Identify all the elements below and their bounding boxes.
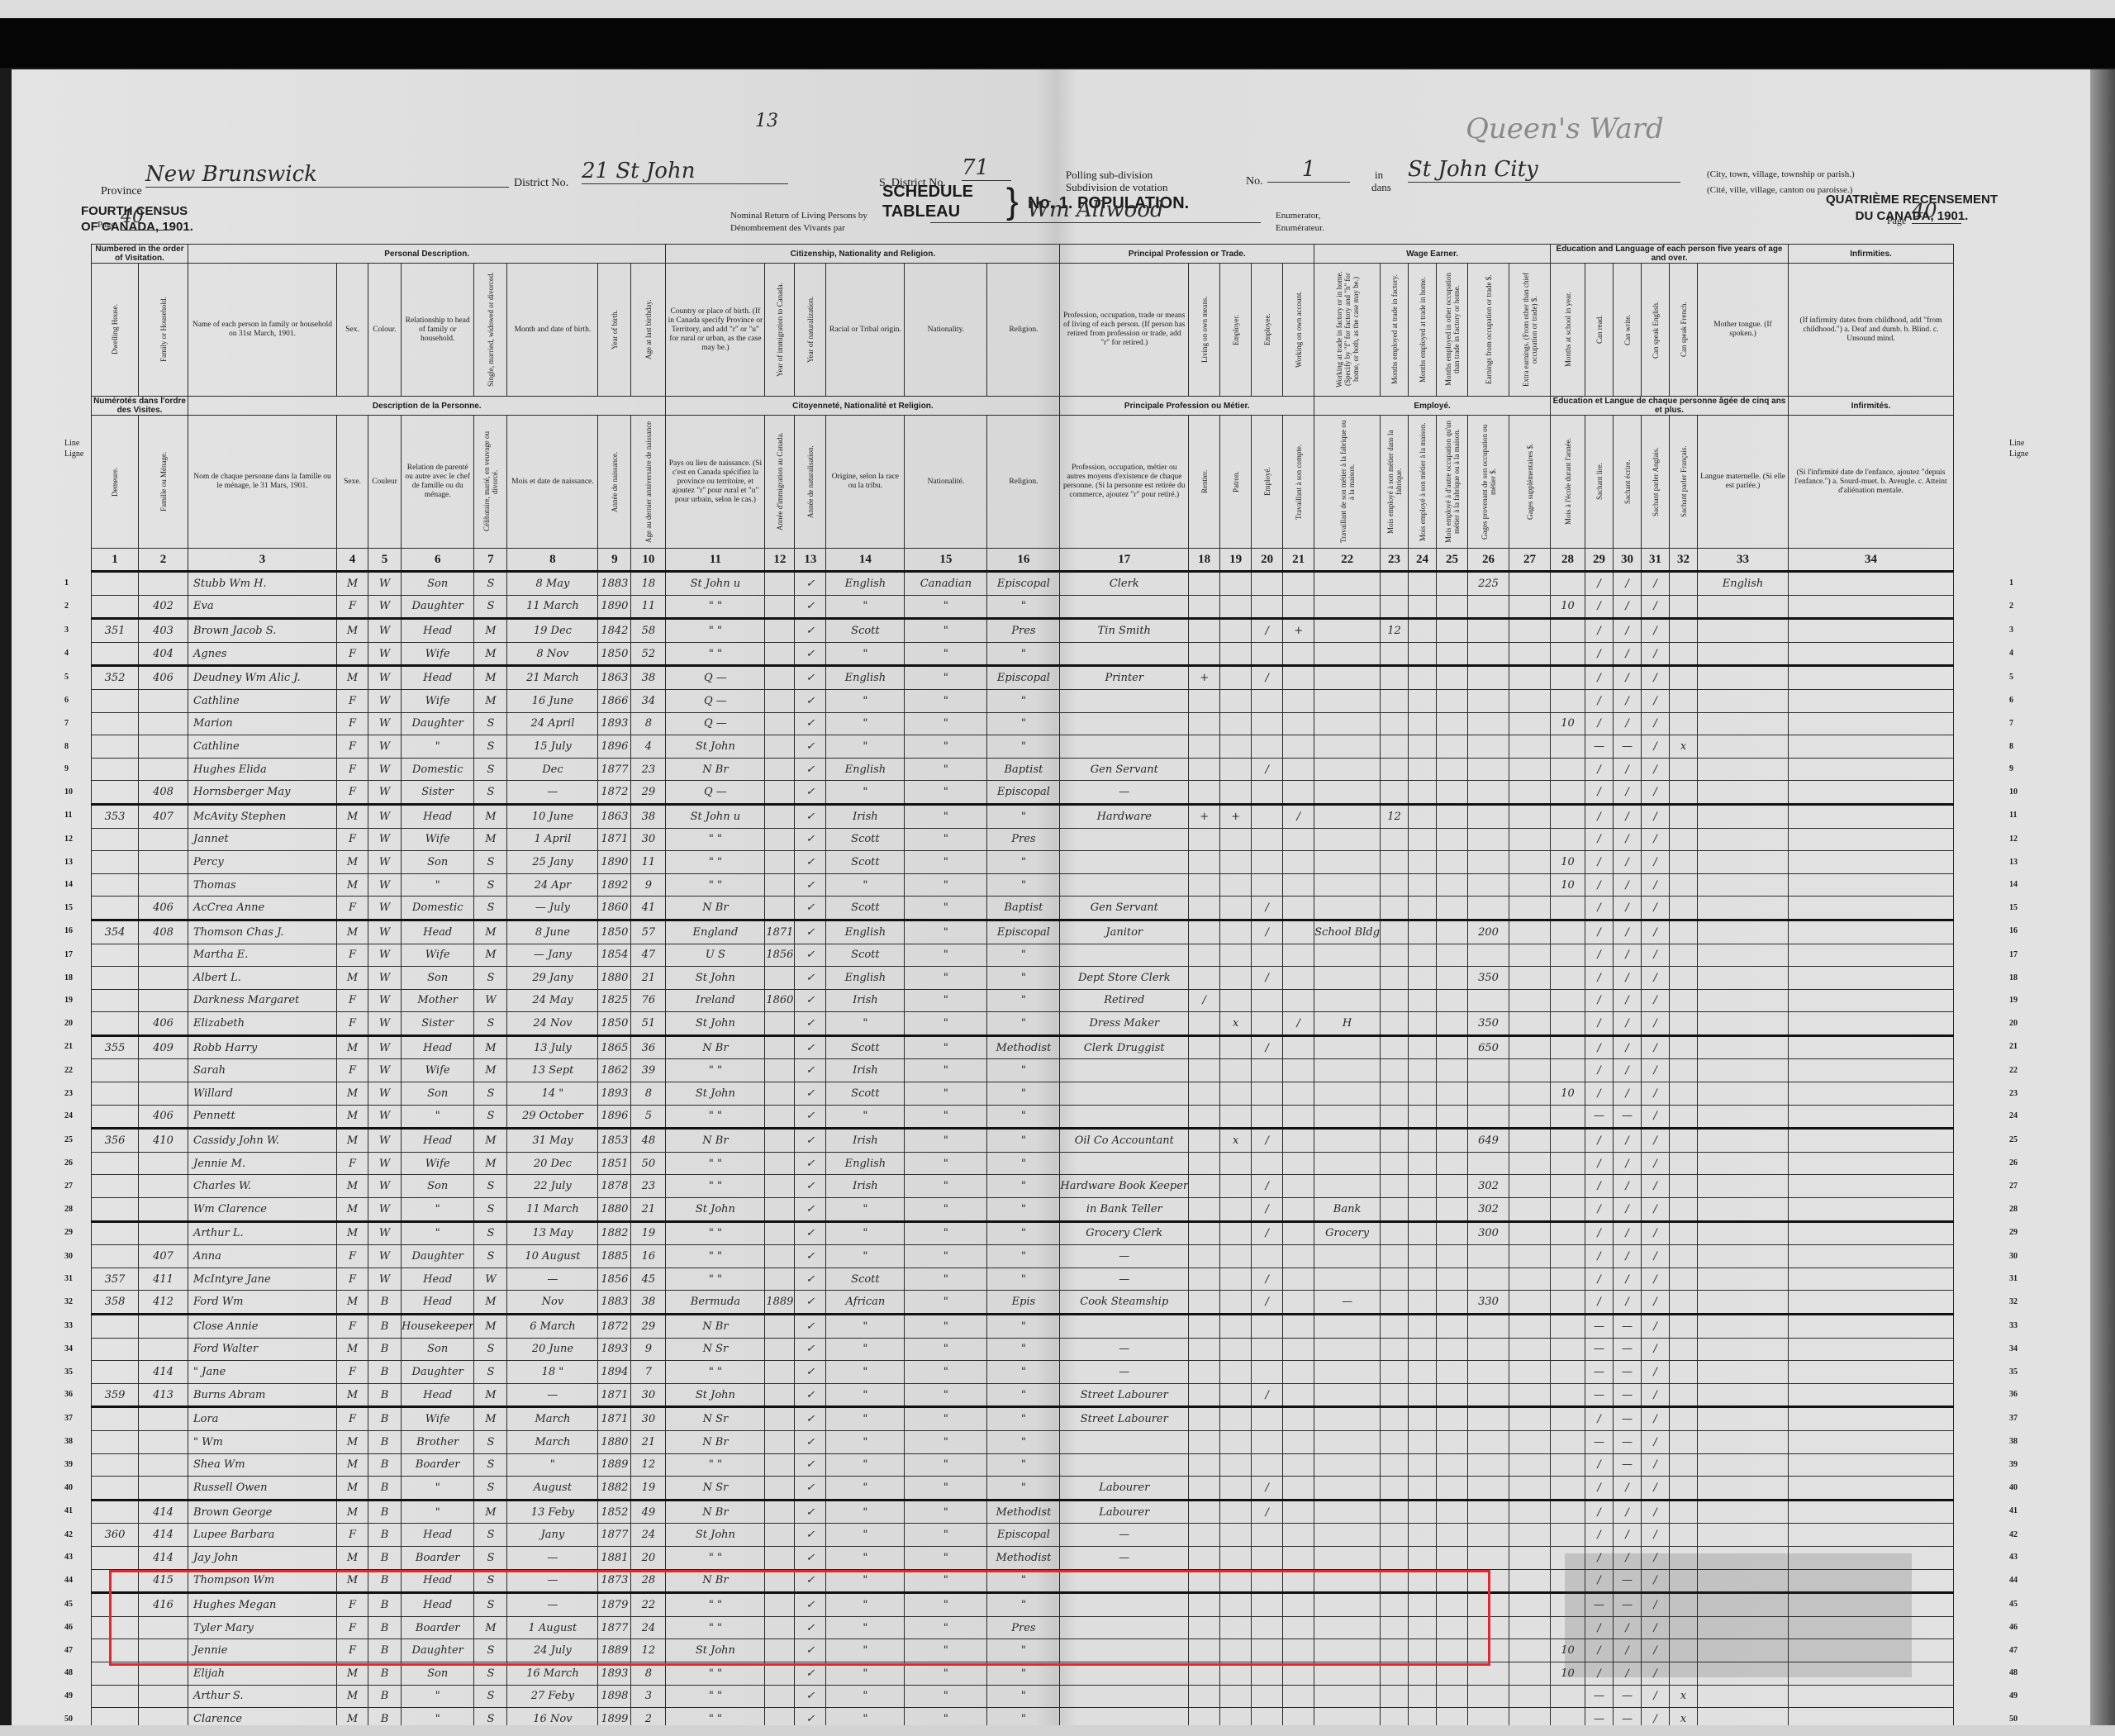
cell-place: " " <box>666 1175 765 1198</box>
cell-nationality: " <box>905 944 987 967</box>
cell-c24 <box>1409 1453 1437 1477</box>
cell-religion: Baptist <box>987 897 1060 920</box>
cell-sex: F <box>337 712 368 735</box>
cell-religion: Baptist <box>987 758 1060 781</box>
column-header-text: Employé. <box>1263 420 1271 544</box>
cell-c26 <box>1468 897 1509 920</box>
cell-c22 <box>1314 712 1381 735</box>
cell-c24 <box>1409 1685 1437 1708</box>
cell-occupation <box>1060 1082 1189 1106</box>
cell-name: Ford Wm <box>188 1291 337 1315</box>
cell-birth: 18 " <box>507 1361 598 1384</box>
cell-year: 1893 <box>598 1082 631 1106</box>
cell-dwelling <box>92 1245 139 1268</box>
column-header-text: Rentier. <box>1200 420 1209 544</box>
column-header-text: Sachant parler Français. <box>1680 420 1688 544</box>
table-row: Close AnnieFBHousekeeperM6 March187229N … <box>92 1315 1954 1339</box>
line-number-left: 22 <box>64 1066 73 1075</box>
cell-rel: " <box>402 1221 474 1245</box>
column-header-4-fr: Sexe. <box>337 416 368 549</box>
cell-tongue <box>1698 989 1789 1012</box>
cell-occupation <box>1060 828 1189 851</box>
cell-c22 <box>1314 1105 1381 1129</box>
column-header-text: Colour. <box>368 264 401 396</box>
cell-occupation <box>1060 1152 1189 1175</box>
line-number-right: 40 <box>2009 1483 2018 1492</box>
column-header-text: Working at trade in factory or in home. … <box>1335 268 1360 392</box>
cell-nationality: " <box>905 920 987 944</box>
cell-family <box>139 1198 188 1222</box>
column-header-text: Racial or Tribal origin. <box>826 264 904 396</box>
cell-c23 <box>1381 1685 1409 1708</box>
cell-school: 10 <box>1551 851 1585 874</box>
column-header-text: Extra earnings. (From other than chief o… <box>1522 268 1538 392</box>
line-number-left: 43 <box>64 1553 73 1562</box>
cell-c20 <box>1252 1245 1283 1268</box>
cell-eng: / <box>1642 1407 1670 1431</box>
table-row: CathlineFWWifeM16 June186634Q —✓"""/// <box>92 689 1954 712</box>
cell-occupation: Retired <box>1060 989 1189 1012</box>
cell-c26 <box>1468 1082 1509 1106</box>
cell-c27 <box>1509 1524 1551 1547</box>
cell-dwelling <box>92 1198 139 1222</box>
cell-fr <box>1670 1291 1698 1315</box>
cell-eng: / <box>1642 873 1670 897</box>
cell-eng: / <box>1642 1129 1670 1153</box>
cell-infirm <box>1789 666 1954 690</box>
cell-status: S <box>474 1105 507 1129</box>
cell-nationality: " <box>905 1129 987 1153</box>
cell-sex: M <box>337 666 368 690</box>
line-number-left: 33 <box>64 1321 73 1330</box>
cell-c19 <box>1220 712 1252 735</box>
cell-c26 <box>1468 1477 1509 1501</box>
cell-c27 <box>1509 897 1551 920</box>
page-number-right: 40 <box>1912 198 1961 224</box>
cell-year: 1885 <box>598 1245 631 1268</box>
cell-fr <box>1670 1430 1698 1453</box>
cell-religion: " <box>987 735 1060 759</box>
cell-c22 <box>1314 804 1381 828</box>
cell-write: / <box>1614 804 1642 828</box>
cell-eng: / <box>1642 1012 1670 1036</box>
cell-imm <box>765 804 795 828</box>
cell-c25 <box>1437 1105 1468 1129</box>
cell-c20: / <box>1252 758 1283 781</box>
in-label: in <box>1375 169 1383 180</box>
cell-birth: 10 June <box>507 804 598 828</box>
cell-c22 <box>1314 1361 1381 1384</box>
cell-nat: ✓ <box>795 758 826 781</box>
column-header-12-fr: Année d'immigration au Canada. <box>765 416 795 549</box>
cell-c18 <box>1189 1105 1220 1129</box>
cell-religion: Episcopal <box>987 781 1060 805</box>
sdistrict-value: 71 <box>962 155 1011 181</box>
column-header-text: Months employed in other occupation than… <box>1444 268 1461 392</box>
cell-c21 <box>1283 1685 1314 1708</box>
cell-c22 <box>1314 666 1381 690</box>
cell-c27 <box>1509 1338 1551 1361</box>
cell-place: N Sr <box>666 1338 765 1361</box>
cell-family: 406 <box>139 897 188 920</box>
cell-dwelling <box>92 595 139 619</box>
cell-c21 <box>1283 944 1314 967</box>
cell-write: — <box>1614 1453 1642 1477</box>
table-row: Wm ClarenceMW"S11 March188021St John✓"""… <box>92 1198 1954 1222</box>
cell-colour: W <box>368 1035 402 1059</box>
cell-write: — <box>1614 735 1642 759</box>
cell-read: / <box>1585 666 1614 690</box>
cell-c21 <box>1283 1245 1314 1268</box>
cell-status: M <box>474 1059 507 1082</box>
cell-name: Robb Harry <box>188 1035 337 1059</box>
line-number-right: 17 <box>2009 950 2018 959</box>
cell-c21 <box>1283 1546 1314 1569</box>
cell-c25 <box>1437 828 1468 851</box>
column-header-3-en: Name of each person in family or househo… <box>188 264 337 397</box>
scan-bottom-margin <box>0 1725 2115 1736</box>
cell-occupation <box>1060 1105 1189 1129</box>
cell-origin: Scott <box>826 851 905 874</box>
scan-shadow <box>1565 1553 1912 1677</box>
cell-c20: / <box>1252 967 1283 990</box>
cell-tongue <box>1698 1383 1789 1407</box>
column-header-3-fr: Nom de chaque personne dans la famille o… <box>188 416 337 549</box>
cell-tongue <box>1698 1315 1789 1339</box>
cell-status: S <box>474 1361 507 1384</box>
cell-c21 <box>1283 1524 1314 1547</box>
cell-eng: / <box>1642 804 1670 828</box>
cell-rel: Son <box>402 851 474 874</box>
cell-c26 <box>1468 873 1509 897</box>
cell-school <box>1551 967 1585 990</box>
cell-nationality: " <box>905 1383 987 1407</box>
cell-c22 <box>1314 1129 1381 1153</box>
cell-birth: 20 June <box>507 1338 598 1361</box>
cell-c19 <box>1220 1685 1252 1708</box>
cell-c27 <box>1509 1430 1551 1453</box>
cell-occupation: — <box>1060 1524 1189 1547</box>
cell-c21 <box>1283 1059 1314 1082</box>
column-header-13-fr: Année de naturalisation. <box>795 416 826 549</box>
cell-dwelling: 356 <box>92 1129 139 1153</box>
cell-occupation <box>1060 735 1189 759</box>
cell-occupation <box>1060 642 1189 666</box>
cell-place: Ireland <box>666 989 765 1012</box>
cell-read: — <box>1585 1338 1614 1361</box>
cell-c19: x <box>1220 1012 1252 1036</box>
column-header-29-en: Can read. <box>1585 264 1614 397</box>
cell-infirm <box>1789 944 1954 967</box>
cell-infirm <box>1789 1315 1954 1339</box>
cell-place: N Br <box>666 758 765 781</box>
cell-c20 <box>1252 873 1283 897</box>
cell-write: / <box>1614 595 1642 619</box>
cell-name: Deudney Wm Alic J. <box>188 666 337 690</box>
cell-age: 49 <box>631 1500 666 1524</box>
cell-c24 <box>1409 873 1437 897</box>
cell-dwelling: 351 <box>92 619 139 643</box>
cell-c27 <box>1509 804 1551 828</box>
cell-nat: ✓ <box>795 1500 826 1524</box>
cell-dwelling <box>92 1453 139 1477</box>
cell-c26 <box>1468 1383 1509 1407</box>
cell-eng: / <box>1642 1105 1670 1129</box>
group-header-fr: Numérotés dans l'ordre des Visites. <box>92 397 188 416</box>
cell-age: 76 <box>631 989 666 1012</box>
line-number-left: 3 <box>64 625 69 635</box>
cell-school: 10 <box>1551 595 1585 619</box>
cell-c19 <box>1220 1546 1252 1569</box>
cell-status: S <box>474 1082 507 1106</box>
cell-place: St John <box>666 1198 765 1222</box>
cell-imm <box>765 1175 795 1198</box>
cell-c23 <box>1381 1407 1409 1431</box>
cell-nat: ✓ <box>795 642 826 666</box>
cell-dwelling <box>92 735 139 759</box>
cell-c21 <box>1283 735 1314 759</box>
cell-sex: M <box>337 1383 368 1407</box>
cell-c26: 650 <box>1468 1035 1509 1059</box>
cell-c24 <box>1409 1059 1437 1082</box>
cell-year: 1854 <box>598 944 631 967</box>
cell-year: 1871 <box>598 1407 631 1431</box>
cell-birth: 25 Jany <box>507 851 598 874</box>
cell-sex: F <box>337 828 368 851</box>
line-number-right: 32 <box>2009 1297 2018 1306</box>
cell-c19 <box>1220 572 1252 596</box>
cell-c26 <box>1468 804 1509 828</box>
column-header-16-fr: Religion. <box>987 416 1060 549</box>
cell-write: / <box>1614 1477 1642 1501</box>
cell-tongue <box>1698 967 1789 990</box>
column-header-text: Travaillant de son métier à la fabrique … <box>1339 420 1356 544</box>
cell-nat: ✓ <box>795 1477 826 1501</box>
cell-c20 <box>1252 944 1283 967</box>
cell-fr <box>1670 1524 1698 1547</box>
cell-sex: F <box>337 1268 368 1291</box>
cell-birth: 24 Nov <box>507 1012 598 1036</box>
cell-rel: Son <box>402 1338 474 1361</box>
cell-religion: Episcopal <box>987 920 1060 944</box>
cell-c22 <box>1314 1338 1381 1361</box>
cell-origin: English <box>826 666 905 690</box>
cell-imm <box>765 1221 795 1245</box>
cell-nat: ✓ <box>795 828 826 851</box>
cell-c18: + <box>1189 804 1220 828</box>
cell-c22 <box>1314 989 1381 1012</box>
cell-sex: M <box>337 1500 368 1524</box>
cell-school <box>1551 804 1585 828</box>
cell-name: Percy <box>188 851 337 874</box>
column-header-text: Couleur <box>368 416 401 548</box>
column-header-23-en: Months employed at trade in factory. <box>1381 264 1409 397</box>
group-header-fr: Education et Langue de chaque personne â… <box>1551 397 1789 416</box>
cell-status: S <box>474 1198 507 1222</box>
cell-c19 <box>1220 920 1252 944</box>
cell-c21 <box>1283 1152 1314 1175</box>
cell-colour: W <box>368 1059 402 1082</box>
cell-status: M <box>474 944 507 967</box>
cell-c25 <box>1437 1453 1468 1477</box>
cell-c26 <box>1468 666 1509 690</box>
cell-tongue <box>1698 1152 1789 1175</box>
cell-c26 <box>1468 619 1509 643</box>
cell-age: 21 <box>631 1198 666 1222</box>
cell-colour: W <box>368 920 402 944</box>
dans-label: dans <box>1371 182 1391 193</box>
cell-read: / <box>1585 873 1614 897</box>
cell-c24 <box>1409 1198 1437 1222</box>
line-number-right: 29 <box>2009 1228 2018 1237</box>
cell-c21 <box>1283 1361 1314 1384</box>
cell-eng: / <box>1642 666 1670 690</box>
cell-tongue <box>1698 1129 1789 1153</box>
cell-age: 12 <box>631 1453 666 1477</box>
cell-status: M <box>474 920 507 944</box>
cell-colour: W <box>368 781 402 805</box>
group-header-fr: Infirmités. <box>1789 397 1954 416</box>
cell-fr <box>1670 1268 1698 1291</box>
cell-year: 1893 <box>598 1338 631 1361</box>
cell-place: Q — <box>666 689 765 712</box>
table-row: 408Hornsberger MayFWSisterS—187229Q —✓""… <box>92 781 1954 805</box>
cell-family: 406 <box>139 1012 188 1036</box>
cell-name: AcCrea Anne <box>188 897 337 920</box>
cell-imm <box>765 1082 795 1106</box>
column-number: 27 <box>1509 549 1551 572</box>
cell-school <box>1551 1291 1585 1315</box>
cell-dwelling <box>92 1175 139 1198</box>
cell-infirm <box>1789 781 1954 805</box>
cell-year: 1880 <box>598 1198 631 1222</box>
cell-sex: F <box>337 1152 368 1175</box>
cell-origin: " <box>826 1315 905 1339</box>
cell-occupation <box>1060 1430 1189 1453</box>
group-header-en: Wage Earner. <box>1314 245 1551 264</box>
cell-write: / <box>1614 642 1642 666</box>
column-header-17-fr: Profession, occupation, métier ou autres… <box>1060 416 1189 549</box>
cell-origin: " <box>826 595 905 619</box>
cell-year: 1892 <box>598 873 631 897</box>
column-header-6-fr: Relation de parenté ou autre avec le che… <box>402 416 474 549</box>
column-header-text: Single, married, widowed or divorced. <box>487 268 495 392</box>
cell-c18 <box>1189 1430 1220 1453</box>
cell-write: / <box>1614 689 1642 712</box>
line-number-left: 11 <box>64 811 72 820</box>
table-row: 352406Deudney Wm Alic J.MWHeadM21 March1… <box>92 666 1954 690</box>
line-number-left: 44 <box>64 1576 73 1585</box>
cell-nat: ✓ <box>795 1383 826 1407</box>
cell-imm <box>765 572 795 596</box>
place-hint-fr: (Cité, ville, village, canton ou paroiss… <box>1707 185 1852 196</box>
cell-c25 <box>1437 1175 1468 1198</box>
cell-occupation: Grocery Clerk <box>1060 1221 1189 1245</box>
column-header-10-fr: Age au dernier anniversaire de naissance <box>631 416 666 549</box>
cell-religion: " <box>987 1407 1060 1431</box>
cell-c19: x <box>1220 1129 1252 1153</box>
table-row: PercyMWSonS25 Jany189011" "✓Scott""10/// <box>92 851 1954 874</box>
cell-read: / <box>1585 1268 1614 1291</box>
cell-rel: Housekeeper <box>402 1315 474 1339</box>
cell-nationality: " <box>905 1338 987 1361</box>
cell-c22 <box>1314 1500 1381 1524</box>
cell-read: / <box>1585 1129 1614 1153</box>
cell-c18 <box>1189 1291 1220 1315</box>
cell-fr <box>1670 804 1698 828</box>
cell-rel: Sister <box>402 1012 474 1036</box>
table-row: 406ElizabethFWSisterS24 Nov185051St John… <box>92 1012 1954 1036</box>
cell-fr <box>1670 1221 1698 1245</box>
cell-imm <box>765 1059 795 1082</box>
table-row: Russell OwenMB"SAugust188219N Sr✓"""Labo… <box>92 1477 1954 1501</box>
column-number: 13 <box>795 549 826 572</box>
cell-c24 <box>1409 897 1437 920</box>
cell-c22 <box>1314 595 1381 619</box>
cell-nationality: " <box>905 828 987 851</box>
cell-read: / <box>1585 781 1614 805</box>
cell-c27 <box>1509 689 1551 712</box>
line-number-right: 8 <box>2009 742 2013 751</box>
cell-infirm <box>1789 1685 1954 1708</box>
cell-eng: / <box>1642 1175 1670 1198</box>
cell-year: 1880 <box>598 967 631 990</box>
cell-place: " " <box>666 1152 765 1175</box>
cell-c25 <box>1437 897 1468 920</box>
cell-tongue <box>1698 689 1789 712</box>
cell-school <box>1551 1477 1585 1501</box>
cell-read: — <box>1585 735 1614 759</box>
cell-c27 <box>1509 1639 1551 1662</box>
cell-c23 <box>1381 1315 1409 1339</box>
cell-status: S <box>474 1245 507 1268</box>
cell-status: S <box>474 1546 507 1569</box>
cell-birth: 20 Dec <box>507 1152 598 1175</box>
cell-c22: H <box>1314 1012 1381 1036</box>
cell-tongue <box>1698 1291 1789 1315</box>
column-header-27-fr: Gages supplémentaires $. <box>1509 416 1551 549</box>
cell-nationality: " <box>905 1082 987 1106</box>
cell-year: 1866 <box>598 689 631 712</box>
column-header-7-fr: Célibataire, marié, en veuvage ou divorc… <box>474 416 507 549</box>
column-header-text: Année de naturalisation. <box>806 420 815 544</box>
column-header-text: Mother tongue. (If spoken.) <box>1698 264 1788 396</box>
cell-write: / <box>1614 1291 1642 1315</box>
cell-c19 <box>1220 989 1252 1012</box>
table-row: 353407McAvity StephenMWHeadM10 June18633… <box>92 804 1954 828</box>
cell-c26 <box>1468 712 1509 735</box>
cell-c26 <box>1468 1105 1509 1129</box>
line-number-left: 45 <box>64 1600 73 1609</box>
cell-imm: 1889 <box>765 1291 795 1315</box>
cell-c26 <box>1468 758 1509 781</box>
cell-c25 <box>1437 1524 1468 1547</box>
cell-c22 <box>1314 1383 1381 1407</box>
column-header-text: Sachant parler Anglais. <box>1652 420 1660 544</box>
cell-family <box>139 1685 188 1708</box>
cell-c27 <box>1509 1315 1551 1339</box>
cell-dwelling <box>92 642 139 666</box>
cell-nationality: " <box>905 1500 987 1524</box>
cell-c20: / <box>1252 1175 1283 1198</box>
cell-c23: 12 <box>1381 619 1409 643</box>
column-number: 26 <box>1468 549 1509 572</box>
cell-c25 <box>1437 619 1468 643</box>
cell-c20 <box>1252 1082 1283 1106</box>
cell-imm <box>765 1105 795 1129</box>
cell-birth: 29 Jany <box>507 967 598 990</box>
column-number: 24 <box>1409 549 1437 572</box>
